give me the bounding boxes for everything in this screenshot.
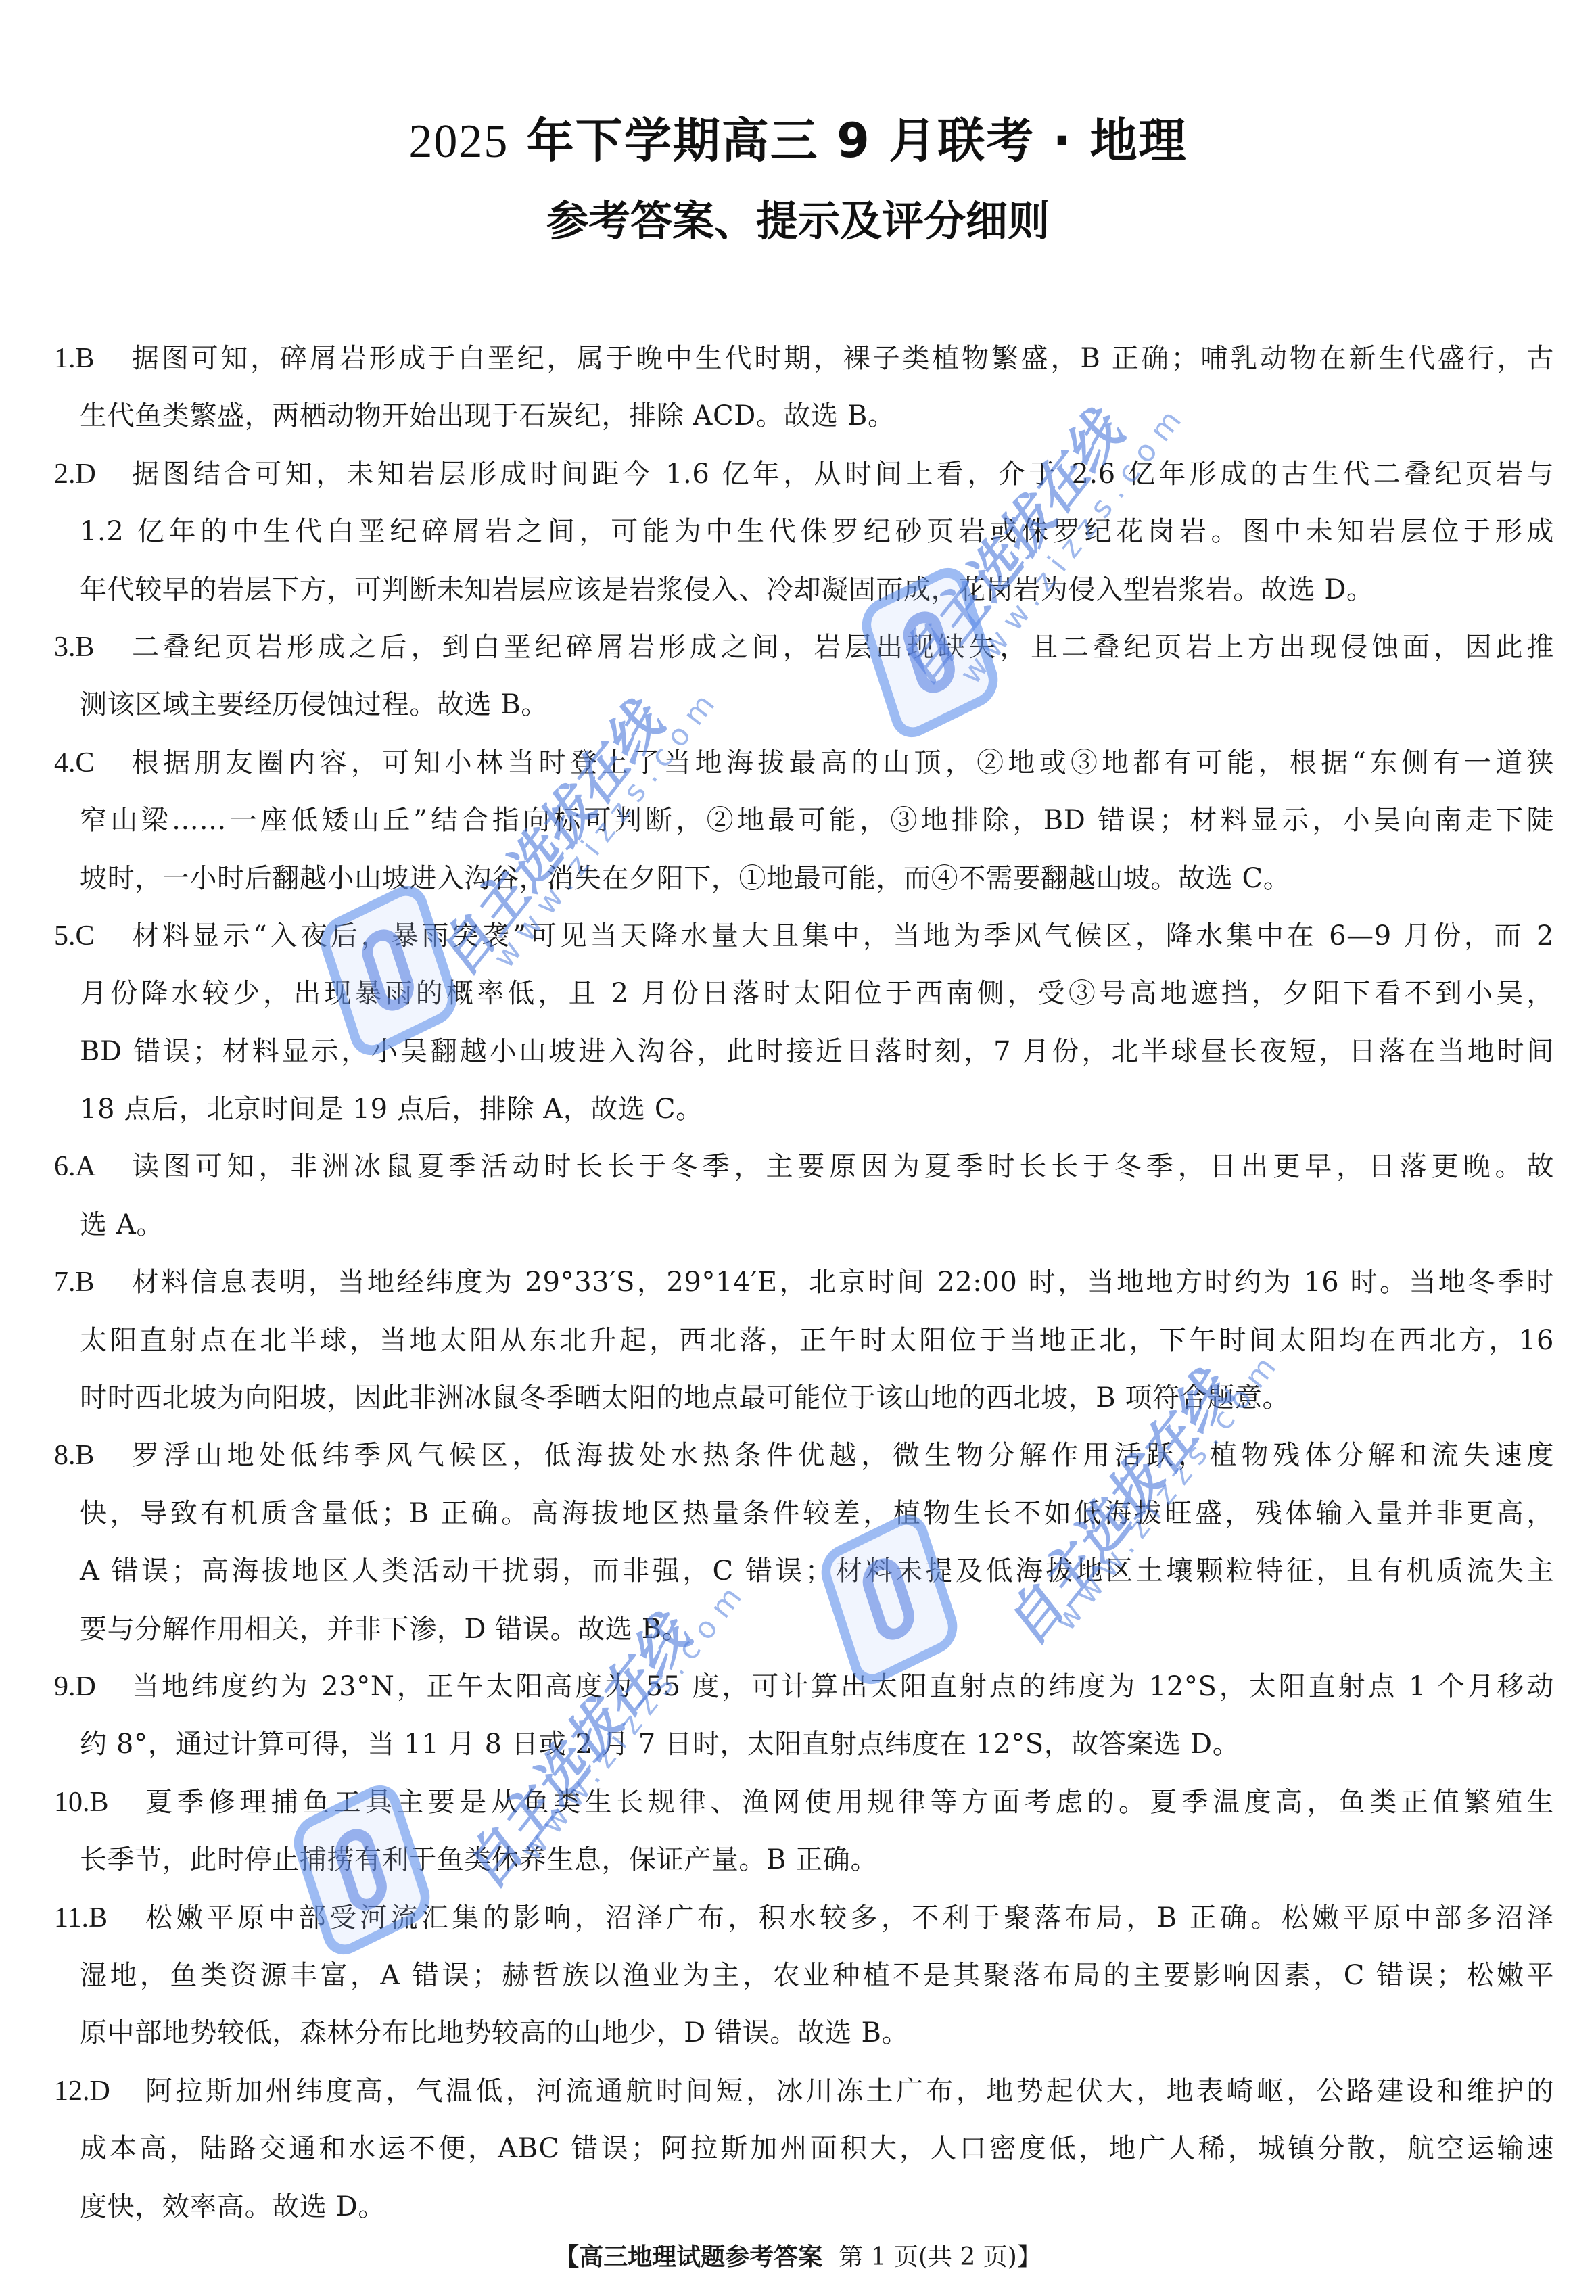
answer-text-line: 度快，效率高。故选 D。 (80, 2178, 1554, 2236)
answer-item-6: 6.A读图可知，非洲冰鼠夏季活动时长长于冬季，主要原因为夏季时长长于冬季，日出更… (0, 1138, 1596, 1254)
answer-text-line: 月份降水较少，出现暴雨的概率低，且 2 月份日落时太阳位于西南侧，受③号高地遮挡… (80, 965, 1554, 1023)
answer-text-line: 约 8°，通过计算可得，当 11 月 8 日或 2 月 7 日时，太阳直射点纬度… (80, 1716, 1554, 1773)
answer-text-line: 根据朋友圈内容，可知小林当时登上了当地海拔最高的山顶，②地或③地都有可能，根据“… (132, 734, 1554, 792)
answer-item-9: 9.D当地纬度约为 23°N，正午太阳高度为 55 度，可计算出太阳直射点的纬度… (0, 1658, 1596, 1774)
answer-text-line: 18 点后，北京时间是 19 点后，排除 A，故选 C。 (80, 1081, 1554, 1138)
answer-item-5: 5.C材料显示“入夜后，暴雨突袭”可见当天降水量大且集中，当地为季风气候区，降水… (0, 908, 1596, 1139)
answer-text-line: 当地纬度约为 23°N，正午太阳高度为 55 度，可计算出太阳直射点的纬度为 1… (132, 1658, 1554, 1716)
answer-text-line: 松嫩平原中部受河流汇集的影响，沼泽广布，积水较多，不利于聚落布局，B 正确。松嫩… (145, 1890, 1554, 1947)
page-subtitle: 参考答案、提示及评分细则 (0, 191, 1596, 252)
answer-text-line: 材料信息表明，当地经纬度为 29°33′S，29°14′E，北京时间 22:00… (132, 1254, 1554, 1311)
answer-item-7: 7.B材料信息表明，当地经纬度为 29°33′S，29°14′E，北京时间 22… (0, 1254, 1596, 1427)
answer-text-line: BD 错误；材料显示，小吴翻越小山坡进入沟谷，此时接近日落时刻，7 月份，北半球… (80, 1023, 1554, 1081)
answer-text-line: 选 A。 (80, 1196, 1554, 1254)
answer-number: 12.D (54, 2063, 135, 2120)
title-text: 年下学期高三 9 月联考 · 地理 (509, 113, 1187, 168)
answer-text-line: 据图可知，碎屑岩形成于白垩纪，属于晚中生代时期，裸子类植物繁盛，B 正确；哺乳动… (132, 330, 1554, 388)
answer-number: 11.B (54, 1890, 135, 1947)
answer-text-line: 快，导致有机质含量低；B 正确。高海拔地区热量条件较差，植物生长不如低海拔旺盛，… (80, 1485, 1554, 1543)
answer-text-line: 材料显示“入夜后，暴雨突袭”可见当天降水量大且集中，当地为季风气候区，降水集中在… (132, 908, 1554, 965)
answer-text-line: 湿地，鱼类资源丰富，A 错误；赫哲族以渔业为主，农业种植不是其聚落布局的主要影响… (80, 1947, 1554, 2005)
answer-text-line: 测该区域主要经历侵蚀过程。故选 B。 (80, 676, 1554, 734)
answer-text-line: 罗浮山地处低纬季风气候区，低海拔处水热条件优越，微生物分解作用活跃，植物残体分解… (132, 1427, 1554, 1484)
answer-text-line: A 错误；高海拔地区人类活动干扰弱，而非强，C 错误；材料未提及低海拔地区土壤颗… (80, 1543, 1554, 1600)
answer-item-12: 12.D阿拉斯加州纬度高，气温低，河流通航时间短，冰川冻土广布，地势起伏大，地表… (0, 2063, 1596, 2236)
answer-text-line: 读图可知，非洲冰鼠夏季活动时长长于冬季，主要原因为夏季时长长于冬季，日出更早，日… (132, 1138, 1554, 1196)
page-title: 2025 年下学期高三 9 月联考 · 地理 (0, 108, 1596, 174)
title-year: 2025 (408, 116, 509, 168)
answer-text-line: 夏季修理捕鱼工具主要是从鱼类生长规律、渔网使用规律等方面考虑的。夏季温度高，鱼类… (145, 1774, 1554, 1831)
answer-number: 7.B (54, 1254, 135, 1311)
answer-number: 2.D (54, 446, 135, 503)
answer-item-2: 2.D据图结合可知，未知岩层形成时间距今 1.6 亿年，从时间上看，介于 2.6… (0, 446, 1596, 619)
answer-text-line: 窄山梁……一座低矮山丘”结合指向标可判断，②地最可能，③地排除，BD 错误；材料… (80, 792, 1554, 849)
answer-text-line: 时时西北坡为向阳坡，因此非洲冰鼠冬季晒太阳的地点最可能位于该山地的西北坡，B 项… (80, 1369, 1554, 1427)
answer-text-line: 长季节，此时停止捕捞有利于鱼类休养生息，保证产量。B 正确。 (80, 1831, 1554, 1889)
answer-number: 4.C (54, 734, 135, 792)
answer-number: 8.B (54, 1427, 135, 1484)
answer-text-line: 生代鱼类繁盛，两栖动物开始出现于石炭纪，排除 ACD。故选 B。 (80, 388, 1554, 445)
footer-label: 【高三地理试题参考答案 (555, 2243, 822, 2271)
answer-number: 10.B (54, 1774, 135, 1831)
answer-item-4: 4.C根据朋友圈内容，可知小林当时登上了当地海拔最高的山顶，②地或③地都有可能，… (0, 734, 1596, 908)
answer-text-line: 要与分解作用相关，并非下渗，D 错误。故选 B。 (80, 1601, 1554, 1658)
answer-number: 5.C (54, 908, 135, 965)
answer-number: 3.B (54, 619, 135, 676)
answer-text-line: 1.2 亿年的中生代白垩纪碎屑岩之间，可能为中生代侏罗纪砂页岩或侏罗纪花岗岩。图… (80, 503, 1554, 561)
page-footer: 【高三地理试题参考答案第 1 页(共 2 页)】 (0, 2237, 1596, 2278)
answer-text-line: 坡时，一小时后翻越小山坡进入沟谷，消失在夕阳下，①地最可能，而④不需要翻越山坡。… (80, 850, 1554, 908)
answer-text-line: 太阳直射点在北半球，当地太阳从东北升起，西北落，正午时太阳位于当地正北，下午时间… (80, 1312, 1554, 1369)
answer-text-line: 二叠纪页岩形成之后，到白垩纪碎屑岩形成之间，岩层出现缺失，且二叠纪页岩上方出现侵… (132, 619, 1554, 676)
answer-text-line: 年代较早的岩层下方，可判断未知岩层应该是岩浆侵入、冷却凝固而成，花岗岩为侵入型岩… (80, 561, 1554, 619)
answer-text-line: 原中部地势较低，森林分布比地势较高的山地少，D 错误。故选 B。 (80, 2005, 1554, 2062)
answer-number: 9.D (54, 1658, 135, 1716)
answer-item-3: 3.B二叠纪页岩形成之后，到白垩纪碎屑岩形成之间，岩层出现缺失，且二叠纪页岩上方… (0, 619, 1596, 734)
answer-item-11: 11.B松嫩平原中部受河流汇集的影响，沼泽广布，积水较多，不利于聚落布局，B 正… (0, 1890, 1596, 2063)
answer-item-10: 10.B夏季修理捕鱼工具主要是从鱼类生长规律、渔网使用规律等方面考虑的。夏季温度… (0, 1774, 1596, 1890)
answer-text-line: 据图结合可知，未知岩层形成时间距今 1.6 亿年，从时间上看，介于 2.6 亿年… (132, 446, 1554, 503)
answer-item-1: 1.B据图可知，碎屑岩形成于白垩纪，属于晚中生代时期，裸子类植物繁盛，B 正确；… (0, 330, 1596, 446)
answer-list: 1.B据图可知，碎屑岩形成于白垩纪，属于晚中生代时期，裸子类植物繁盛，B 正确；… (0, 330, 1596, 2236)
answer-item-8: 8.B罗浮山地处低纬季风气候区，低海拔处水热条件优越，微生物分解作用活跃，植物残… (0, 1427, 1596, 1658)
answer-text-line: 阿拉斯加州纬度高，气温低，河流通航时间短，冰川冻土广布，地势起伏大，地表崎岖，公… (145, 2063, 1554, 2120)
answer-number: 6.A (54, 1138, 135, 1196)
answer-text-line: 成本高，陆路交通和水运不便，ABC 错误；阿拉斯加州面积大，人口密度低，地广人稀… (80, 2120, 1554, 2178)
answer-number: 1.B (54, 330, 135, 388)
footer-page-number: 第 1 页(共 2 页)】 (839, 2243, 1041, 2271)
